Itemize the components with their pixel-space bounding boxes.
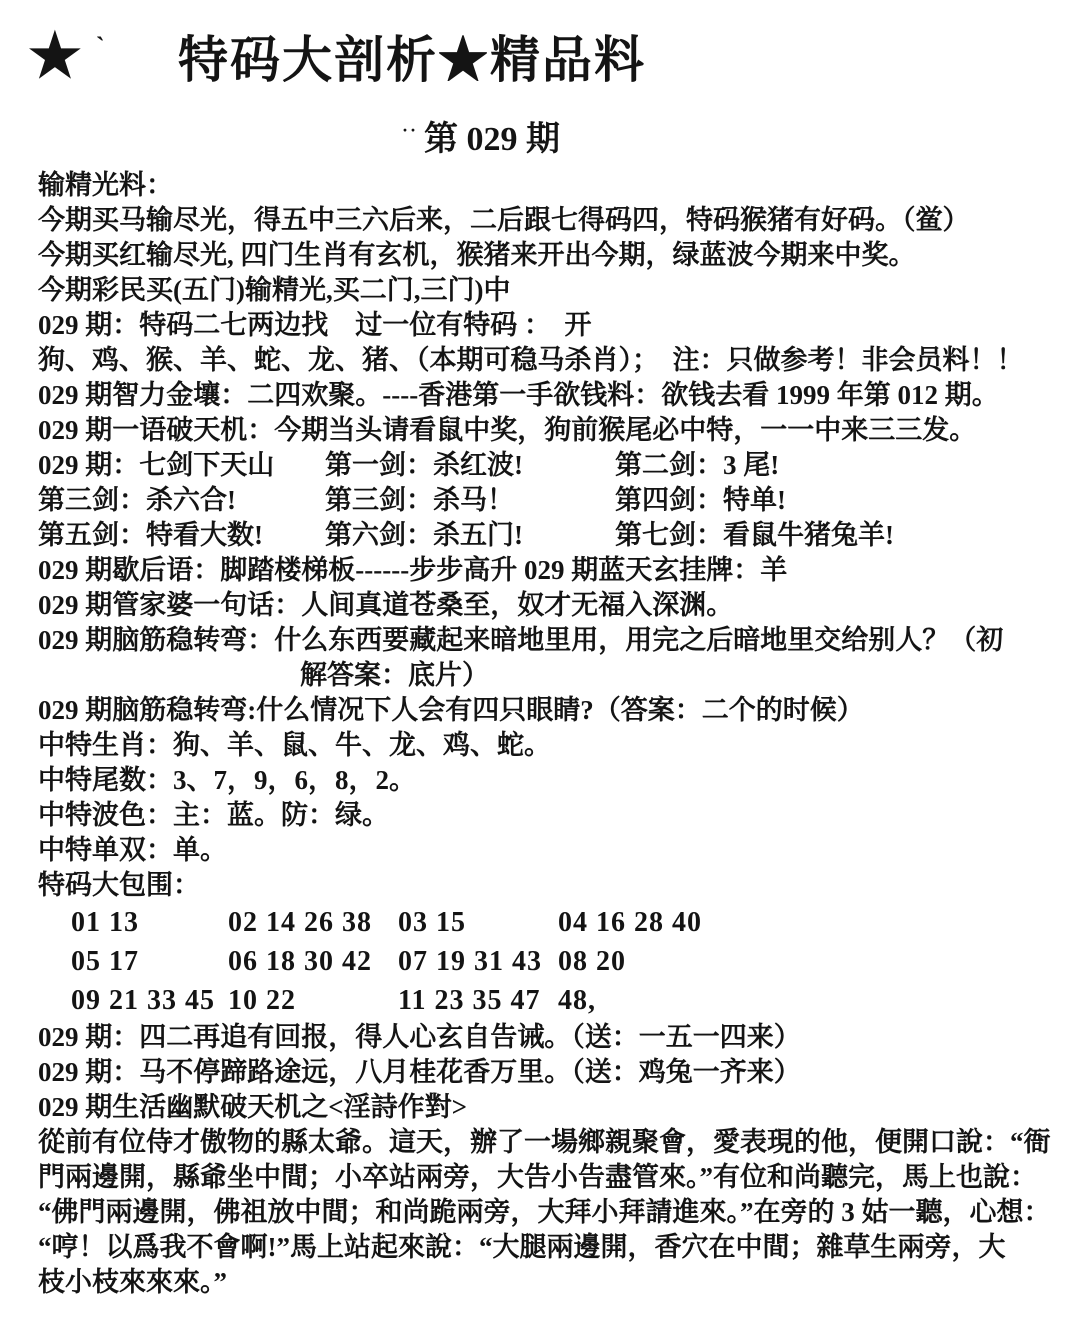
number-group: 11 23 35 47 [398, 981, 558, 1020]
issue-text: 第 029 期 [424, 121, 560, 158]
brainteaser-line-2: 029 期脑筋稳转弯:什么情况下人会有四只眼睛?（答案：二个的时候） [38, 693, 1048, 728]
number-group: 01 13 [71, 903, 228, 942]
odd-even-line: 中特单双：单。 [38, 833, 1048, 868]
zhili-jinrang-line: 029 期智力金壤：二四欢聚。----香港第一手欲钱料：欲钱去看 1999 年第… [38, 378, 1048, 413]
number-row: 05 17 06 18 30 42 07 19 31 43 08 20 [71, 942, 1048, 981]
story-line-2: 門兩邊開，縣爺坐中間；小卒站兩旁，大告小告盡管來。”有位和尚聽完，馬上也說： [38, 1160, 1048, 1195]
issue-dots: ·· [402, 120, 418, 140]
poem-line-1: 029 期：四二再追有回报，得人心玄自告诫。（送：一五一四来） [38, 1020, 1048, 1055]
number-group: 09 21 33 45 [71, 981, 228, 1020]
sword-cell: 第一剑：杀红波! [325, 448, 615, 483]
story-line-4: “哼！以爲我不會啊!”馬上站起來說：“大腿兩邊開，香穴在中間；雜草生兩旁，大 [38, 1230, 1048, 1265]
star-icon: ★ [28, 26, 82, 86]
number-group: 06 18 30 42 [228, 942, 398, 981]
tip-line: 029 期：特码二七两边找 过一位有特码 ： 开 [38, 308, 1048, 343]
document-body: 输精光料： 今期买马输尽光，得五中三六后来，二后跟七得码四，特码猴猪有好码。（鲎… [38, 168, 1048, 1300]
intro-heading: 输精光料： [38, 168, 1048, 203]
sword-cell: 029 期：七剑下天山 [38, 448, 325, 483]
number-group: 08 20 [558, 942, 1048, 981]
encircle-heading: 特码大包围： [38, 868, 1048, 903]
zodiac-line: 中特生肖：狗、羊、鼠、牛、龙、鸡、蛇。 [38, 728, 1048, 763]
intro-line: 今期买马输尽光，得五中三六后来，二后跟七得码四，特码猴猪有好码。（鲎） [38, 203, 1048, 238]
number-group: 02 14 26 38 [228, 903, 398, 942]
page-title: 特码大剖析★精品料 [178, 32, 646, 88]
guanjiapo-line: 029 期管家婆一句话：人间真道苍桑至，奴才无福入深渊。 [38, 588, 1048, 623]
brainteaser-line-1: 029 期脑筋稳转弯：什么东西要藏起来暗地里用，用完之后暗地里交给别人？（初 [38, 623, 1048, 658]
sword-cell: 第二剑：3 尾! [615, 448, 779, 483]
number-group: 07 19 31 43 [398, 942, 558, 981]
brainteaser-answer-line: 解答案：底片） [38, 658, 1048, 693]
xiehouyu-line: 029 期歇后语：脚踏楼梯板------步步高升 029 期蓝天玄挂牌：羊 [38, 553, 1048, 588]
story-line-5: 枝小枝來來來。” [38, 1265, 1048, 1300]
issue-number: ··第 029 期 [402, 110, 560, 160]
number-row: 09 21 33 45 10 22 11 23 35 47 48, [71, 981, 1048, 1020]
sword-cell: 第五剑：特看大数! [38, 518, 325, 553]
sword-cell: 第七剑：看鼠牛猪兔羊! [615, 518, 894, 553]
yiyu-potianji-line: 029 期一语破天机：今期当头请看鼠中奖，狗前猴尾必中特，一一中来三三发。 [38, 413, 1048, 448]
number-row: 01 13 02 14 26 38 03 15 04 16 28 40 [71, 903, 1048, 942]
poem-line-2: 029 期：马不停蹄路途远，八月桂花香万里。（送：鸡兔一齐来） [38, 1055, 1048, 1090]
humor-heading: 029 期生活幽默破天机之<淫詩作對> [38, 1090, 1048, 1125]
document-page: ★ ` 特码大剖析★精品料 ··第 029 期 输精光料： 今期买马输尽光，得五… [0, 0, 1080, 1319]
intro-line: 今期彩民买(五门)输精光,买二门,三门)中 [38, 273, 1048, 308]
number-group: 48, [558, 981, 1048, 1020]
number-group: 10 22 [228, 981, 398, 1020]
zodiac-kill-line: 狗、鸡、猴、羊、蛇、龙、猪、（本期可稳马杀肖）； 注：只做参考！非会员料！！ [38, 343, 1048, 378]
story-line-1: 從前有位侍才傲物的縣太爺。這天，辦了一場鄉親聚會，愛表現的他，便開口說：“衙 [38, 1125, 1048, 1160]
accent-mark: ` [96, 34, 105, 60]
wave-color-line: 中特波色：主：蓝。防：绿。 [38, 798, 1048, 833]
sword-row: 第三剑：杀六合!第三剑：杀马！第四剑：特单! [38, 483, 1048, 518]
sword-row: 第五剑：特看大数!第六剑：杀五门!第七剑：看鼠牛猪兔羊! [38, 518, 1048, 553]
intro-line: 今期买红输尽光, 四门生肖有玄机，猴猪来开出今期，绿蓝波今期来中奖。 [38, 238, 1048, 273]
number-group: 04 16 28 40 [558, 903, 1048, 942]
sword-cell: 第三剑：杀六合! [38, 483, 325, 518]
sword-cell: 第六剑：杀五门! [325, 518, 615, 553]
number-group: 03 15 [398, 903, 558, 942]
number-group: 05 17 [71, 942, 228, 981]
story-line-3: “佛門兩邊開，佛祖放中間；和尚跪兩旁，大拜小拜請進來。”在旁的 3 姑一聽，心想… [38, 1195, 1048, 1230]
sword-cell: 第四剑：特单! [615, 483, 786, 518]
sword-cell: 第三剑：杀马！ [325, 483, 615, 518]
sword-row: 029 期：七剑下天山第一剑：杀红波!第二剑：3 尾! [38, 448, 1048, 483]
tail-number-line: 中特尾数：3、7，9，6，8，2。 [38, 763, 1048, 798]
